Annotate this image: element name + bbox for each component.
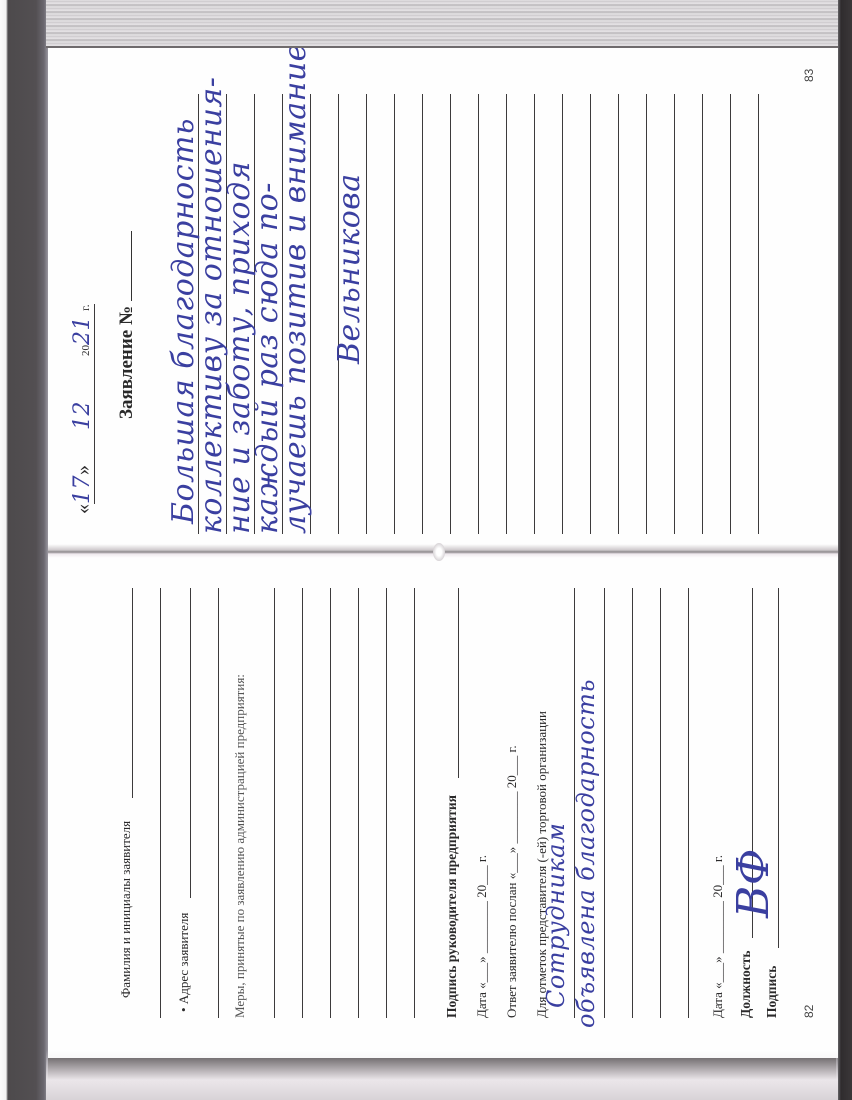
ruled-line: [674, 94, 675, 534]
ruled-line: [274, 588, 275, 1018]
address-line: [190, 588, 191, 898]
statement-number-blank: [131, 231, 132, 301]
date-open-quote: «: [72, 504, 94, 514]
scanner-background-left: [0, 0, 48, 1100]
date-line: [94, 304, 95, 504]
ruled-line: [506, 94, 507, 534]
date2-label: Дата «___» ________ 20___ г.: [710, 855, 726, 1018]
date-month: 12: [70, 401, 95, 430]
statement-title-text: Заявление №: [116, 306, 137, 419]
representative-note-line2: объявлена благодарность: [572, 679, 600, 1028]
ruled-line: [386, 588, 387, 1018]
statement-title: Заявление №: [116, 231, 138, 419]
surname-line: [132, 588, 133, 798]
representative-note-line1: Сотрудникам: [542, 823, 570, 1008]
ruled-line: [358, 588, 359, 1018]
binding-ring: [433, 543, 445, 561]
ruled-line: [730, 94, 731, 534]
ruled-line: [688, 588, 689, 1018]
ruled-line: [422, 94, 423, 534]
address-label-text: Адрес заявителя: [176, 913, 191, 1005]
page-number-left: 82: [802, 1005, 816, 1018]
page-number-right: 83: [802, 69, 816, 82]
signature-label: Подпись: [764, 966, 780, 1018]
ruled-line: [758, 94, 759, 534]
ruled-line: [646, 94, 647, 534]
ruled-line: [562, 94, 563, 534]
right-page: «17» 12 2021 г. Заявление №: [48, 48, 838, 544]
ruled-line: [534, 94, 535, 534]
ruled-line: [632, 588, 633, 1018]
date-year-unit: г.: [78, 304, 92, 311]
address-label: • Адрес заявителя: [176, 913, 192, 1012]
left-page: Фамилия и инициалы заявителя • Адрес зая…: [48, 558, 838, 1058]
reply-sent-label: Ответ заявителю послан «___» ________ 20…: [504, 745, 520, 1018]
date-year-prefix: 20: [80, 345, 92, 356]
manager-signature-label: Подпись руководителя предприятия: [444, 795, 460, 1018]
book-page-edges: [46, 0, 838, 48]
ruled-line: [394, 94, 395, 534]
book-spread: Фамилия и инициалы заявителя • Адрес зая…: [48, 48, 838, 1058]
ruled-line: [414, 588, 415, 1018]
scan-bottom-shadow: [46, 1050, 838, 1100]
date-day: 17: [70, 475, 95, 504]
measures-label: Меры, принятые по заявлению администраци…: [232, 674, 248, 1018]
manager-signature-line: [458, 588, 459, 778]
ruled-line: [450, 94, 451, 534]
address-line-2: [218, 588, 219, 1018]
ruled-line: [478, 94, 479, 534]
position-label: Должность: [738, 950, 754, 1018]
surname-line-2: [160, 588, 161, 1018]
ruled-line: [330, 588, 331, 1018]
rotated-spread: Фамилия и инициалы заявителя • Адрес зая…: [48, 48, 838, 1058]
ruled-line: [660, 588, 661, 1018]
applicant-signature-name: Вельникова: [332, 173, 367, 364]
ruled-line: [618, 94, 619, 534]
date-field: «17» 12 2021 г.: [70, 304, 95, 514]
ruled-line: [702, 94, 703, 534]
scanner-background-right: [836, 0, 852, 1100]
date1-label: Дата «___» ________ 20___ г.: [474, 855, 490, 1018]
surname-label: Фамилия и инициалы заявителя: [118, 821, 134, 998]
statement-line-5: лучаешь позитив и внимание.: [278, 48, 313, 534]
ruled-line: [604, 588, 605, 1018]
ruled-line: [590, 94, 591, 534]
ruled-line: [302, 588, 303, 1018]
handwritten-signature: ВФ: [728, 848, 779, 918]
date-year-suffix: 21: [70, 316, 95, 345]
